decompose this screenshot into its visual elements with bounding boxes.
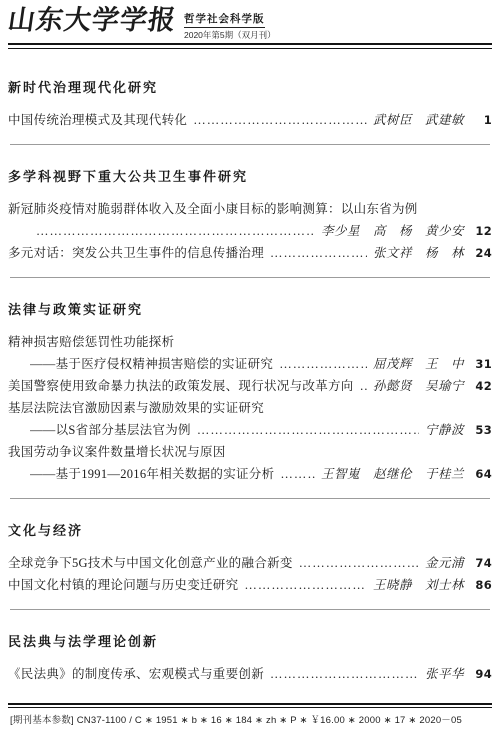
article-authors: 孙懿贤 吴瑜宁 bbox=[373, 375, 464, 397]
page-number: 31 bbox=[472, 353, 492, 375]
article-authors: 王智嵬 赵继伦 于桂兰 bbox=[321, 463, 464, 485]
article-authors: 张平华 bbox=[425, 663, 464, 685]
journal-parameters: [期刊基本参数] CN37-1100 / C ∗ 1951 ∗ b ∗ 16 ∗… bbox=[8, 708, 492, 736]
article-row: ——基于1991—2016年相关数据的实证分析……………………………………………… bbox=[8, 463, 492, 485]
page-number: 64 bbox=[472, 463, 492, 485]
article-title: 全球竞争下5G技术与中国文化创意产业的融合新变 bbox=[8, 552, 293, 574]
section-divider bbox=[10, 609, 490, 610]
article-title: 新冠肺炎疫情对脆弱群体收入及全面小康目标的影响测算：以山东省为例 bbox=[8, 198, 418, 220]
article-row: 基层法院法官激励因素与激励效果的实证研究 bbox=[8, 397, 492, 419]
journal-subtitle-block: 哲学社会科学版 2020年第5期（双月刊） bbox=[184, 6, 276, 40]
toc-sections: 新时代治理现代化研究中国传统治理模式及其现代转化…………………………………………… bbox=[8, 79, 492, 685]
article-title: 基层法院法官激励因素与激励效果的实证研究 bbox=[8, 397, 264, 419]
toc-section: 文化与经济全球竞争下5G技术与中国文化创意产业的融合新变………………………………… bbox=[8, 522, 492, 596]
section-divider bbox=[10, 144, 490, 145]
article-authors: 宁静波 bbox=[425, 419, 464, 441]
article-row: 美国警察使用致命暴力执法的政策发展、现行状况与改革方向…………………………………… bbox=[8, 375, 492, 397]
article-authors: 屈茂辉 王 中 bbox=[373, 353, 464, 375]
dot-leader: ………………………………………………………………………………………………………… bbox=[280, 463, 315, 485]
dot-leader: ………………………………………………………………………………………………………… bbox=[279, 353, 367, 375]
journal-footer: [期刊基本参数] CN37-1100 / C ∗ 1951 ∗ b ∗ 16 ∗… bbox=[8, 703, 492, 736]
page-number: 94 bbox=[472, 663, 492, 685]
article-title: 中国文化村镇的理论问题与历史变迁研究 bbox=[8, 574, 238, 596]
dot-leader: ………………………………………………………………………………………………………… bbox=[197, 419, 419, 441]
article-row: 精神损害赔偿惩罚性功能探析 bbox=[8, 331, 492, 353]
article-title: 中国传统治理模式及其现代转化 bbox=[8, 109, 187, 131]
article-row: 中国文化村镇的理论问题与历史变迁研究…………………………………………………………… bbox=[8, 574, 492, 596]
section-heading: 新时代治理现代化研究 bbox=[8, 79, 492, 96]
article-row: ——基于医疗侵权精神损害赔偿的实证研究………………………………………………………… bbox=[8, 353, 492, 375]
article-authors: 李少星 高 杨 黄少安 bbox=[321, 220, 464, 242]
dot-leader: ………………………………………………………………………………………………………… bbox=[193, 109, 367, 131]
journal-title-calligraphy: 山东大学学报 bbox=[6, 6, 178, 36]
article-row: 《民法典》的制度传承、宏观模式与重要创新……………………………………………………… bbox=[8, 663, 492, 685]
page-number: 12 bbox=[472, 220, 492, 242]
page-number: 42 bbox=[472, 375, 492, 397]
dot-leader: ………………………………………………………………………………………………………… bbox=[299, 552, 419, 574]
dot-leader: ………………………………………………………………………………………………………… bbox=[270, 663, 419, 685]
article-title: 《民法典》的制度传承、宏观模式与重要创新 bbox=[8, 663, 264, 685]
article-authors: 王晓静 刘士林 bbox=[373, 574, 464, 596]
journal-brand: 山东大学学报 哲学社会科学版 2020年第5期（双月刊） bbox=[8, 6, 492, 40]
article-title: ——基于医疗侵权精神损害赔偿的实证研究 bbox=[30, 353, 273, 375]
page-number: 86 bbox=[472, 574, 492, 596]
article-title: 美国警察使用致命暴力执法的政策发展、现行状况与改革方向 bbox=[8, 375, 354, 397]
article-row: 全球竞争下5G技术与中国文化创意产业的融合新变……………………………………………… bbox=[8, 552, 492, 574]
article-title: 我国劳动争议案件数量增长状况与原因 bbox=[8, 441, 226, 463]
article-authors: 武树臣 武建敏 bbox=[373, 109, 464, 131]
article-authors: 金元浦 bbox=[425, 552, 464, 574]
issue-label: 2020年第5期（双月刊） bbox=[184, 30, 276, 40]
dot-leader: ………………………………………………………………………………………………………… bbox=[270, 242, 367, 264]
journal-header: 山东大学学报 哲学社会科学版 2020年第5期（双月刊） bbox=[8, 6, 492, 49]
page-number: 24 bbox=[472, 242, 492, 264]
section-heading: 多学科视野下重大公共卫生事件研究 bbox=[8, 168, 492, 185]
article-row: 新冠肺炎疫情对脆弱群体收入及全面小康目标的影响测算：以山东省为例 bbox=[8, 198, 492, 220]
page-number: 74 bbox=[472, 552, 492, 574]
toc-section: 多学科视野下重大公共卫生事件研究新冠肺炎疫情对脆弱群体收入及全面小康目标的影响测… bbox=[8, 168, 492, 264]
dot-leader: ………………………………………………………………………………………………………… bbox=[36, 220, 315, 242]
article-title: 多元对话：突发公共卫生事件的信息传播治理 bbox=[8, 242, 264, 264]
page-number: 53 bbox=[472, 419, 492, 441]
article-title: 精神损害赔偿惩罚性功能探析 bbox=[8, 331, 174, 353]
section-divider bbox=[10, 498, 490, 499]
section-heading: 民法典与法学理论创新 bbox=[8, 633, 492, 650]
article-row: ——以S省部分基层法官为例………………………………………………………………………… bbox=[8, 419, 492, 441]
article-row: 中国传统治理模式及其现代转化……………………………………………………………………… bbox=[8, 109, 492, 131]
article-row: …………………………………………………………………………………………………………… bbox=[8, 220, 492, 242]
section-heading: 法律与政策实证研究 bbox=[8, 301, 492, 318]
toc-section: 民法典与法学理论创新《民法典》的制度传承、宏观模式与重要创新…………………………… bbox=[8, 633, 492, 685]
header-double-rule bbox=[8, 43, 492, 49]
article-title: ——以S省部分基层法官为例 bbox=[30, 419, 191, 441]
toc-section: 法律与政策实证研究精神损害赔偿惩罚性功能探析——基于医疗侵权精神损害赔偿的实证研… bbox=[8, 301, 492, 485]
journal-toc-page: 山东大学学报 哲学社会科学版 2020年第5期（双月刊） 新时代治理现代化研究中… bbox=[0, 0, 500, 736]
section-heading: 文化与经济 bbox=[8, 522, 492, 539]
edition-label: 哲学社会科学版 bbox=[184, 13, 265, 28]
article-title: ——基于1991—2016年相关数据的实证分析 bbox=[30, 463, 274, 485]
article-row: 我国劳动争议案件数量增长状况与原因 bbox=[8, 441, 492, 463]
dot-leader: ………………………………………………………………………………………………………… bbox=[244, 574, 367, 596]
toc-section: 新时代治理现代化研究中国传统治理模式及其现代转化…………………………………………… bbox=[8, 79, 492, 131]
section-divider bbox=[10, 277, 490, 278]
page-number: 1 bbox=[472, 109, 492, 131]
dot-leader: ………………………………………………………………………………………………………… bbox=[360, 375, 367, 397]
article-row: 多元对话：突发公共卫生事件的信息传播治理……………………………………………………… bbox=[8, 242, 492, 264]
article-authors: 张文祥 杨 林 bbox=[373, 242, 464, 264]
